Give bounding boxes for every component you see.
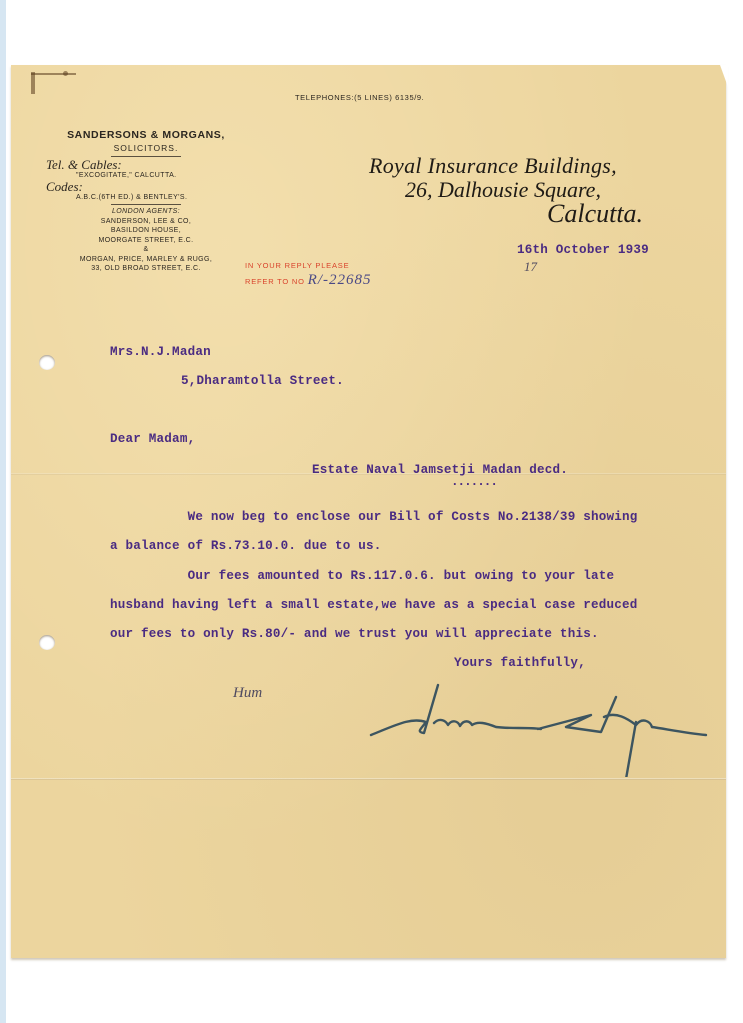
initials-note: Hum [233, 685, 262, 702]
reply-notice-line-1: In your reply please [245, 259, 372, 273]
reference-number: R/-22685 [308, 272, 372, 288]
london-agent-line: Basildon House, [46, 226, 246, 236]
punch-hole [39, 635, 55, 650]
signature [366, 677, 711, 782]
paragraph-2-line-1: Our fees amounted to Rs.117.0.6. but owi… [110, 569, 614, 583]
ink-stain [63, 71, 68, 76]
reply-reference-notice: In your reply please Refer to No R/-2268… [245, 259, 372, 289]
codes-label: Codes: [46, 181, 246, 193]
reply-notice-line-2: Refer to No [245, 277, 305, 286]
paragraph-1-line-1: We now beg to enclose our Bill of Costs … [110, 510, 638, 524]
london-agent-line: 33, Old Broad Street, E.C. [46, 264, 246, 274]
ink-stain [31, 72, 35, 94]
london-agent-line: Moorgate Street, E.C. [46, 236, 246, 246]
london-agents-label: London Agents: [46, 207, 246, 217]
recipient-address: 5,Dharamtolla Street. [181, 374, 344, 388]
ink-stain [31, 73, 76, 75]
london-agent-line: & [46, 245, 246, 255]
tel-cables-label: Tel. & Cables: [46, 159, 246, 171]
recipient-name: Mrs.N.J.Madan [110, 345, 211, 359]
address-line-3: Calcutta. [369, 199, 699, 229]
paragraph-2-line-2: husband having left a small estate,we ha… [110, 598, 638, 612]
london-agent-line: Morgan, Price, Marley & Rugg, [46, 255, 246, 265]
letter-date: 16th October 1939 [517, 243, 649, 257]
paragraph-1-line-2: a balance of Rs.73.10.0. due to us. [110, 539, 382, 553]
firm-name: Sandersons & Morgans, [46, 128, 246, 142]
paragraph-2-line-3: our fees to only Rs.80/- and we trust yo… [110, 627, 599, 641]
salutation: Dear Madam, [110, 432, 195, 446]
letterhead-firm-block: Sandersons & Morgans, Solicitors. Tel. &… [46, 128, 246, 274]
subject-underline: ....... [451, 475, 497, 489]
divider [111, 204, 181, 205]
date-annotation: 17 [524, 259, 537, 275]
codes-value: A.B.C.(6th Ed.) & Bentley's. [46, 193, 246, 203]
subject-line: Estate Naval Jamsetji Madan decd. [312, 463, 568, 477]
closing: Yours faithfully, [454, 656, 586, 670]
letter-sheet: Telephones:(5 lines) 6135/9. Sandersons … [11, 65, 726, 958]
letterhead-address: Royal Insurance Buildings, 26, Dalhousie… [369, 153, 699, 229]
london-agent-line: Sanderson, Lee & Co, [46, 217, 246, 227]
scanner-edge [0, 0, 6, 1023]
firm-role: Solicitors. [46, 142, 246, 154]
address-line-1: Royal Insurance Buildings, [369, 153, 699, 179]
torn-corner [720, 65, 728, 87]
punch-hole [39, 355, 55, 370]
signature-icon [366, 677, 711, 777]
telephones-line: Telephones:(5 lines) 6135/9. [295, 93, 424, 102]
